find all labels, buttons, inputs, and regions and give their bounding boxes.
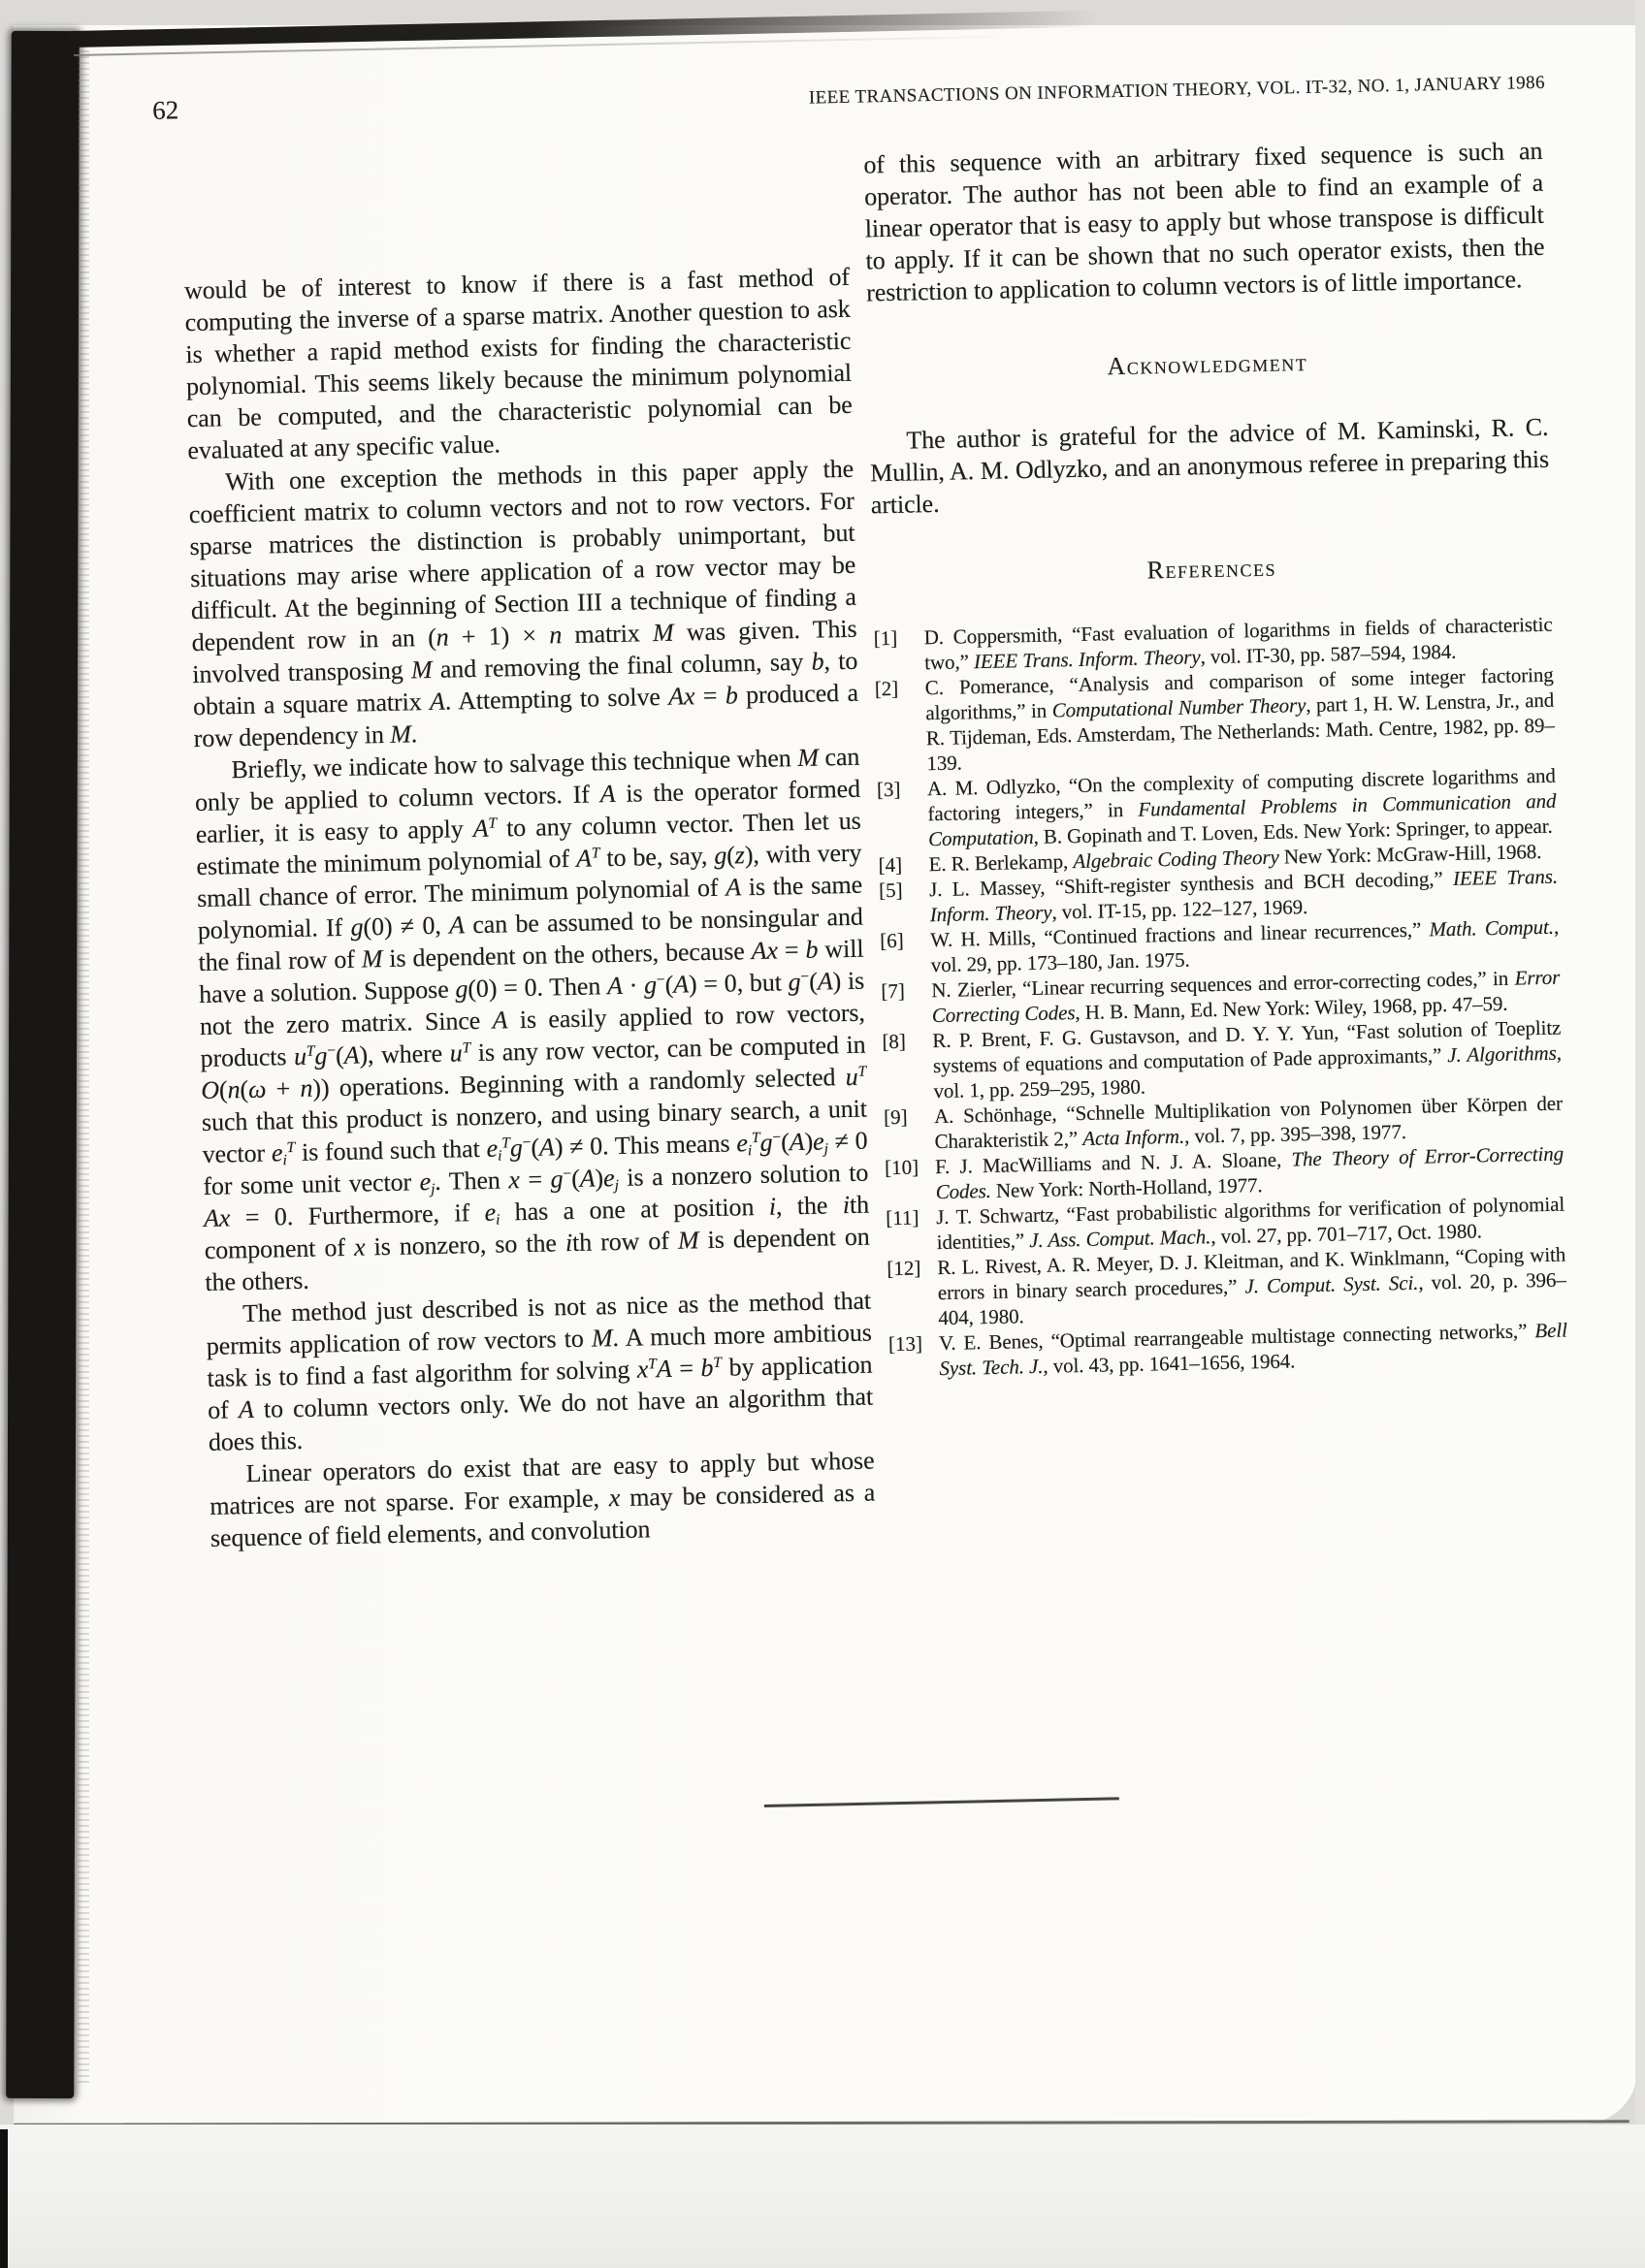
reference-label: [13]	[888, 1330, 940, 1382]
right-column: of this sequence with an arbitrary fixed…	[863, 135, 1567, 1382]
reference-label: [7]	[881, 977, 932, 1029]
reference-label: [11]	[886, 1204, 937, 1256]
reference-label: [8]	[882, 1028, 934, 1104]
paragraph: would be of interest to know if there is…	[184, 261, 854, 466]
reference-label: [2]	[875, 675, 927, 777]
reference-item: [3]A. M. Odlyzko, “On the complexity of …	[877, 763, 1557, 853]
reference-label: [5]	[879, 877, 930, 928]
references-list: [1]D. Coppersmith, “Fast evaluation of l…	[873, 612, 1567, 1382]
left-column: would be of interest to know if there is…	[184, 261, 876, 1554]
reference-item: [8]R. P. Brent, F. G. Gustavson, and D. …	[882, 1015, 1562, 1105]
reference-text: R. L. Rivest, A. R. Meyer, D. J. Kleitma…	[937, 1242, 1566, 1331]
acknowledgment-paragraphs: The author is grateful for the advice of…	[869, 411, 1550, 522]
journal-header: IEEE TRANSACTIONS ON INFORMATION THEORY,…	[809, 73, 1545, 110]
scan-left-edge-band	[6, 31, 80, 2098]
reference-label: [1]	[873, 624, 924, 676]
paragraph: of this sequence with an arbitrary fixed…	[863, 135, 1545, 309]
scan-right-margin	[1635, 0, 1645, 2125]
footnote-rule	[764, 1797, 1119, 1807]
reference-label: [3]	[877, 776, 929, 852]
scanned-journal-page: { "page": { "header": "IEEE TRANSACTIONS…	[0, 0, 1645, 2268]
reference-label: [6]	[880, 927, 931, 978]
reference-item: [12]R. L. Rivest, A. R. Meyer, D. J. Kle…	[887, 1242, 1566, 1332]
scan-bottom-left-strip	[0, 2129, 8, 2268]
reference-text: R. P. Brent, F. G. Gustavson, and D. Y. …	[932, 1015, 1562, 1104]
reference-text: C. Pomerance, “Analysis and comparison o…	[925, 662, 1556, 777]
paragraph: The method just described is not as nice…	[206, 1285, 874, 1458]
reference-label: [4]	[878, 851, 929, 878]
scanner-background	[0, 2124, 1645, 2268]
page-number: 62	[152, 95, 179, 126]
reference-label: [9]	[884, 1103, 935, 1155]
paragraph: Linear operators do exist that are easy …	[209, 1445, 876, 1554]
reference-label: [12]	[887, 1255, 939, 1331]
reference-item: [2]C. Pomerance, “Analysis and compariso…	[875, 662, 1556, 778]
paragraph: With one exception the methods in this p…	[188, 453, 859, 754]
references-heading: References	[872, 548, 1551, 591]
scan-edge-speckle	[78, 39, 89, 2085]
acknowledgment-heading: Acknowledgment	[868, 343, 1547, 387]
reference-text: A. M. Odlyzko, “On the complexity of com…	[927, 763, 1557, 852]
intro-paragraphs: of this sequence with an arbitrary fixed…	[863, 135, 1545, 309]
paragraph: The author is grateful for the advice of…	[869, 411, 1550, 522]
reference-label: [10]	[885, 1154, 936, 1205]
page-content: IEEE TRANSACTIONS ON INFORMATION THEORY,…	[97, 28, 1596, 2143]
paragraph: Briefly, we indicate how to salvage this…	[194, 741, 871, 1298]
